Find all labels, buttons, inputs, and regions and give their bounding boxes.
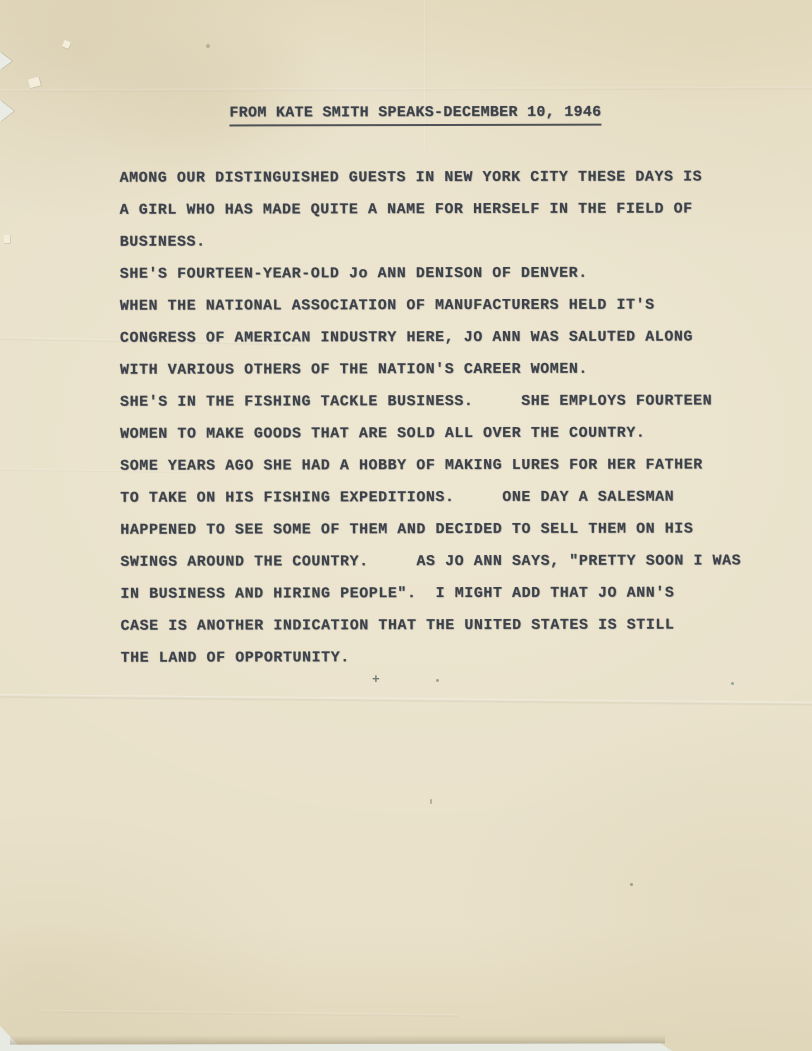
- scanned-page: FROM KATE SMITH SPEAKS-DECEMBER 10, 1946…: [0, 0, 812, 1051]
- document-body: AMONG OUR DISTINGUISHED GUESTS IN NEW YO…: [120, 161, 781, 674]
- typed-line: CASE IS ANOTHER INDICATION THAT THE UNIT…: [120, 609, 780, 642]
- typed-line: BUSINESS.: [120, 225, 780, 258]
- typed-line: TO TAKE ON HIS FISHING EXPEDITIONS. ONE …: [120, 481, 780, 514]
- paper-tear: [0, 52, 12, 70]
- typed-line: THE LAND OF OPPORTUNITY.: [121, 641, 781, 674]
- stray-typed-mark: +: [372, 672, 380, 687]
- typed-line: SHE'S FOURTEEN-YEAR-OLD Jo ANN DENISON O…: [120, 257, 780, 290]
- typed-content: FROM KATE SMITH SPEAKS-DECEMBER 10, 1946…: [119, 102, 780, 674]
- typed-line: HAPPENED TO SEE SOME OF THEM AND DECIDED…: [120, 513, 780, 546]
- typed-line: CONGRESS OF AMERICAN INDUSTRY HERE, JO A…: [120, 321, 780, 354]
- typed-line: WITH VARIOUS OTHERS OF THE NATION'S CARE…: [120, 353, 780, 386]
- typed-line: SWINGS AROUND THE COUNTRY. AS JO ANN SAY…: [120, 545, 780, 578]
- typed-line: SOME YEARS AGO SHE HAD A HOBBY OF MAKING…: [120, 449, 780, 482]
- typed-line: IN BUSINESS AND HIRING PEOPLE". I MIGHT …: [120, 577, 780, 610]
- paper-tear: [0, 100, 14, 122]
- typed-line: WHEN THE NATIONAL ASSOCIATION OF MANUFAC…: [120, 289, 780, 322]
- typed-line: A GIRL WHO HAS MADE QUITE A NAME FOR HER…: [120, 193, 780, 226]
- document-title: FROM KATE SMITH SPEAKS-DECEMBER 10, 1946: [229, 104, 601, 127]
- typed-line: SHE'S IN THE FISHING TACKLE BUSINESS. SH…: [120, 385, 780, 418]
- typed-line: WOMEN TO MAKE GOODS THAT ARE SOLD ALL OV…: [120, 417, 780, 450]
- paper-fleck: [4, 235, 10, 243]
- typed-line: AMONG OUR DISTINGUISHED GUESTS IN NEW YO…: [120, 161, 780, 194]
